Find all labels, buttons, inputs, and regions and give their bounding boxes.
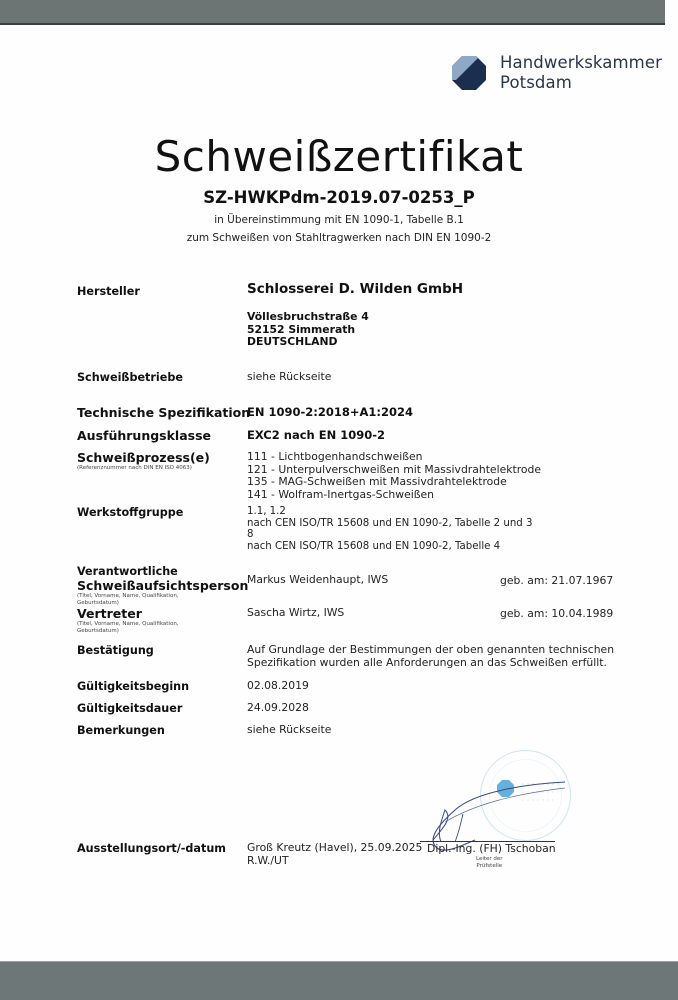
process-item: 141 - Wolfram-Inertgas-Schweißen xyxy=(247,489,541,502)
bestaetigung-line-2: Spezifikation wurden alle Anforderungen … xyxy=(247,657,614,670)
value-werkstoffgruppe-list: 1.1, 1.2 nach CEN ISO/TR 15608 und EN 10… xyxy=(247,506,533,552)
label-technische-spezifikation: Technische Spezifikation xyxy=(77,406,250,420)
address-country: DEUTSCHLAND xyxy=(247,336,369,349)
scan-border-top xyxy=(0,0,665,25)
document-title: Schweißzertifikat xyxy=(0,132,678,181)
process-item: 135 - MAG-Schweißen mit Massivdrahtelekt… xyxy=(247,476,541,489)
signatory-name: Dipl.-Ing. (FH) Tschoban xyxy=(427,842,556,855)
note-verantwortliche-1: (Titel, Vorname, Name, Qualifikation, xyxy=(77,593,248,600)
material-item: 1.1, 1.2 xyxy=(247,506,533,518)
material-item: nach CEN ISO/TR 15608 und EN 1090-2, Tab… xyxy=(247,518,533,530)
label-werkstoffgruppe: Werkstoffgruppe xyxy=(77,506,183,519)
signatory-role-line-2: Prüfstelle xyxy=(476,863,503,870)
bestaetigung-line-1: Auf Grundlage der Bestimmungen der oben … xyxy=(247,644,614,657)
logo-text: Handwerkskammer Potsdam xyxy=(500,53,662,93)
value-address: Völlesbruchstraße 4 52152 Simmerath DEUT… xyxy=(247,311,369,349)
value-company: Schlosserei D. Wilden GmbH xyxy=(247,283,463,296)
ausstellung-place-date: Groß Kreutz (Havel), 25.09.2025 xyxy=(247,842,422,855)
ausstellung-initials: R.W./UT xyxy=(247,855,422,868)
label-schweissprozesse-text: Schweißprozess(e) xyxy=(77,450,210,465)
label-verantwortliche-line2: Schweißaufsichtsperson xyxy=(77,578,248,593)
value-bemerkungen: siehe Rückseite xyxy=(247,724,331,737)
label-schweissbetriebe: Schweißbetriebe xyxy=(77,371,183,384)
signatory-role-line-1: Leiter der xyxy=(476,856,503,863)
value-bestaetigung: Auf Grundlage der Bestimmungen der oben … xyxy=(247,644,614,669)
label-vertreter-text: Vertreter xyxy=(77,607,179,621)
label-gueltigkeitsdauer: Gültigkeitsdauer xyxy=(77,702,182,715)
label-ausfuehrungsklasse: Ausführungsklasse xyxy=(77,429,211,443)
material-item: 8 xyxy=(247,529,533,541)
label-vertreter: Vertreter (Titel, Vorname, Name, Qualifi… xyxy=(77,607,179,635)
note-vertreter-1: (Titel, Vorname, Name, Qualifikation, xyxy=(77,621,179,628)
label-ausstellung: Ausstellungsort/-datum xyxy=(77,842,226,855)
logo-line-1: Handwerkskammer xyxy=(500,53,662,73)
label-schweissprozesse: Schweißprozess(e) (Referenznummer nach D… xyxy=(77,451,210,472)
value-ausfuehrungsklasse: EXC2 nach EN 1090-2 xyxy=(247,429,385,442)
logo-line-2: Potsdam xyxy=(500,73,662,93)
value-technische-spezifikation: EN 1090-2:2018+A1:2024 xyxy=(247,406,413,419)
label-verantwortliche-line1: Verantwortliche xyxy=(77,565,248,578)
label-verantwortliche: Verantwortliche Schweißaufsichtsperson (… xyxy=(77,565,248,607)
note-schweissprozesse: (Referenznummer nach DIN EN ISO 4063) xyxy=(77,465,210,472)
signatory-role: Leiter der Prüfstelle xyxy=(476,856,503,870)
process-item: 111 - Lichtbogenhandschweißen xyxy=(247,451,541,464)
hwk-logo: Handwerkskammer Potsdam xyxy=(452,53,662,93)
certificate-page: Handwerkskammer Potsdam Schweißzertifika… xyxy=(0,0,678,1000)
material-item: nach CEN ISO/TR 15608 und EN 1090-2, Tab… xyxy=(247,541,533,553)
label-gueltigkeitsbeginn: Gültigkeitsbeginn xyxy=(77,680,189,693)
subtitle-line-1: in Übereinstimmung mit EN 1090-1, Tabell… xyxy=(0,214,678,226)
label-bemerkungen: Bemerkungen xyxy=(77,724,165,737)
label-hersteller: Hersteller xyxy=(77,285,140,298)
dob-vertreter: geb. am: 10.04.1989 xyxy=(500,607,613,620)
value-verantwortliche: Markus Weidenhaupt, IWS xyxy=(247,574,388,587)
certificate-number: SZ-HWKPdm-2019.07-0253_P xyxy=(0,188,678,207)
dob-verantwortliche: geb. am: 21.07.1967 xyxy=(500,574,613,587)
address-street: Völlesbruchstraße 4 xyxy=(247,311,369,324)
value-vertreter: Sascha Wirtz, IWS xyxy=(247,607,344,620)
value-gueltigkeitsdauer: 24.09.2028 xyxy=(247,702,309,715)
subtitle-line-2: zum Schweißen von Stahltragwerken nach D… xyxy=(0,232,678,244)
value-schweissbetriebe: siehe Rückseite xyxy=(247,371,331,384)
label-bestaetigung: Bestätigung xyxy=(77,644,154,657)
value-gueltigkeitsbeginn: 02.08.2019 xyxy=(247,680,309,693)
hwk-octagon-logo-icon xyxy=(452,56,486,90)
value-ausstellung: Groß Kreutz (Havel), 25.09.2025 R.W./UT xyxy=(247,842,422,867)
note-vertreter-2: Geburtsdatum) xyxy=(77,628,179,635)
scan-border-bottom xyxy=(0,961,678,1000)
value-schweissprozesse-list: 111 - Lichtbogenhandschweißen 121 - Unte… xyxy=(247,451,541,501)
